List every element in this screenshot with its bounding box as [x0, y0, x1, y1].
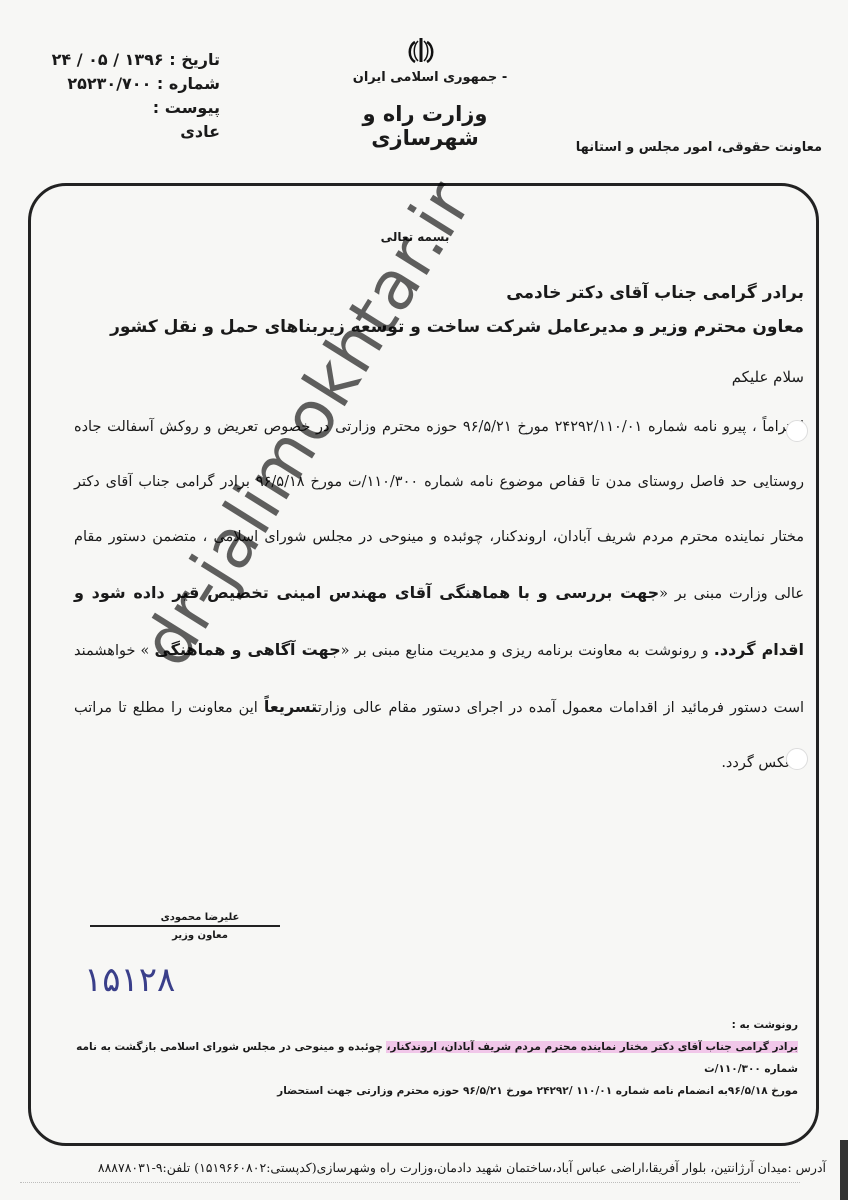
- signatory-title: معاون وزیر: [120, 930, 280, 941]
- date-row: تاریخ : ۱۳۹۶ / ۰۵ / ۲۴: [40, 48, 220, 72]
- footer-dotted-line: [20, 1182, 800, 1183]
- letter-meta: تاریخ : ۱۳۹۶ / ۰۵ / ۲۴ شماره : ۲۵۲۳۰/۷۰۰…: [40, 48, 220, 144]
- handwritten-number: ۱۵۱۲۸: [84, 960, 175, 1000]
- date-value: ۱۳۹۶ / ۰۵ / ۲۴: [52, 50, 164, 69]
- addressee-line-2: معاون محترم وزیر و مدیرعامل شرکت ساخت و …: [104, 310, 804, 344]
- punch-hole: [786, 748, 808, 770]
- republic-title: - جمهوری اسلامی ایران: [340, 70, 520, 85]
- number-label: شماره :: [157, 74, 220, 93]
- attachment-label: پیوست :: [153, 98, 220, 117]
- greeting: سلام علیکم: [732, 368, 804, 386]
- number-row: شماره : ۲۵۲۳۰/۷۰۰: [40, 72, 220, 96]
- punch-hole: [786, 420, 808, 442]
- attachment-row: پیوست :: [40, 96, 220, 120]
- department-title: معاونت حقوقی، امور مجلس و استانها: [522, 140, 822, 155]
- addressee-line-1: برادر گرامی جناب آقای دکتر خادمی: [104, 276, 804, 310]
- body-bold-2: جهت آگاهی و هماهنگی: [154, 640, 340, 659]
- cc-section: رونوشت به : برادر گرامی جناب آقای دکتر م…: [58, 1014, 798, 1102]
- cc-line-2: مورخ ۹۶/۵/۱۸به انضمام نامه شماره ۱۱۰/۰۱ …: [58, 1080, 798, 1102]
- signature-block: علیرضا محمودی معاون وزیر: [90, 912, 280, 941]
- scan-edge: [840, 1140, 848, 1200]
- body-part-2: و رونوشت به معاونت برنامه ریزی و مدیریت …: [341, 643, 714, 659]
- body-bold-3: تسریعاً: [264, 697, 318, 716]
- classification: عادی: [40, 120, 220, 144]
- iran-emblem-icon: [404, 36, 438, 66]
- bismillah: بسمه تعالی: [370, 230, 460, 244]
- signature-line: [90, 925, 280, 927]
- ministry-title: وزارت راه و شهرسازی: [320, 102, 530, 150]
- number-value: ۲۵۲۳۰/۷۰۰: [67, 74, 151, 93]
- addressee: برادر گرامی جناب آقای دکتر خادمی معاون م…: [104, 276, 804, 344]
- cc-label: رونوشت به :: [58, 1014, 798, 1036]
- body-part-1: احتراماً ، پیرو نامه شماره ۲۴۲۹۲/۱۱۰/۰۱ …: [74, 419, 804, 602]
- cc-line-1: برادر گرامی جناب آقای دکتر مختار نماینده…: [58, 1036, 798, 1080]
- date-label: تاریخ :: [169, 50, 220, 69]
- signatory-name: علیرضا محمودی: [120, 912, 280, 923]
- footer-address: آدرس :میدان آرژانتین، بلوار آفریقا،اراضی…: [0, 1160, 848, 1175]
- letter-body: احتراماً ، پیرو نامه شماره ۲۴۲۹۲/۱۱۰/۰۱ …: [74, 400, 804, 791]
- cc-highlighted-text: برادر گرامی جناب آقای دکتر مختار نماینده…: [386, 1041, 798, 1053]
